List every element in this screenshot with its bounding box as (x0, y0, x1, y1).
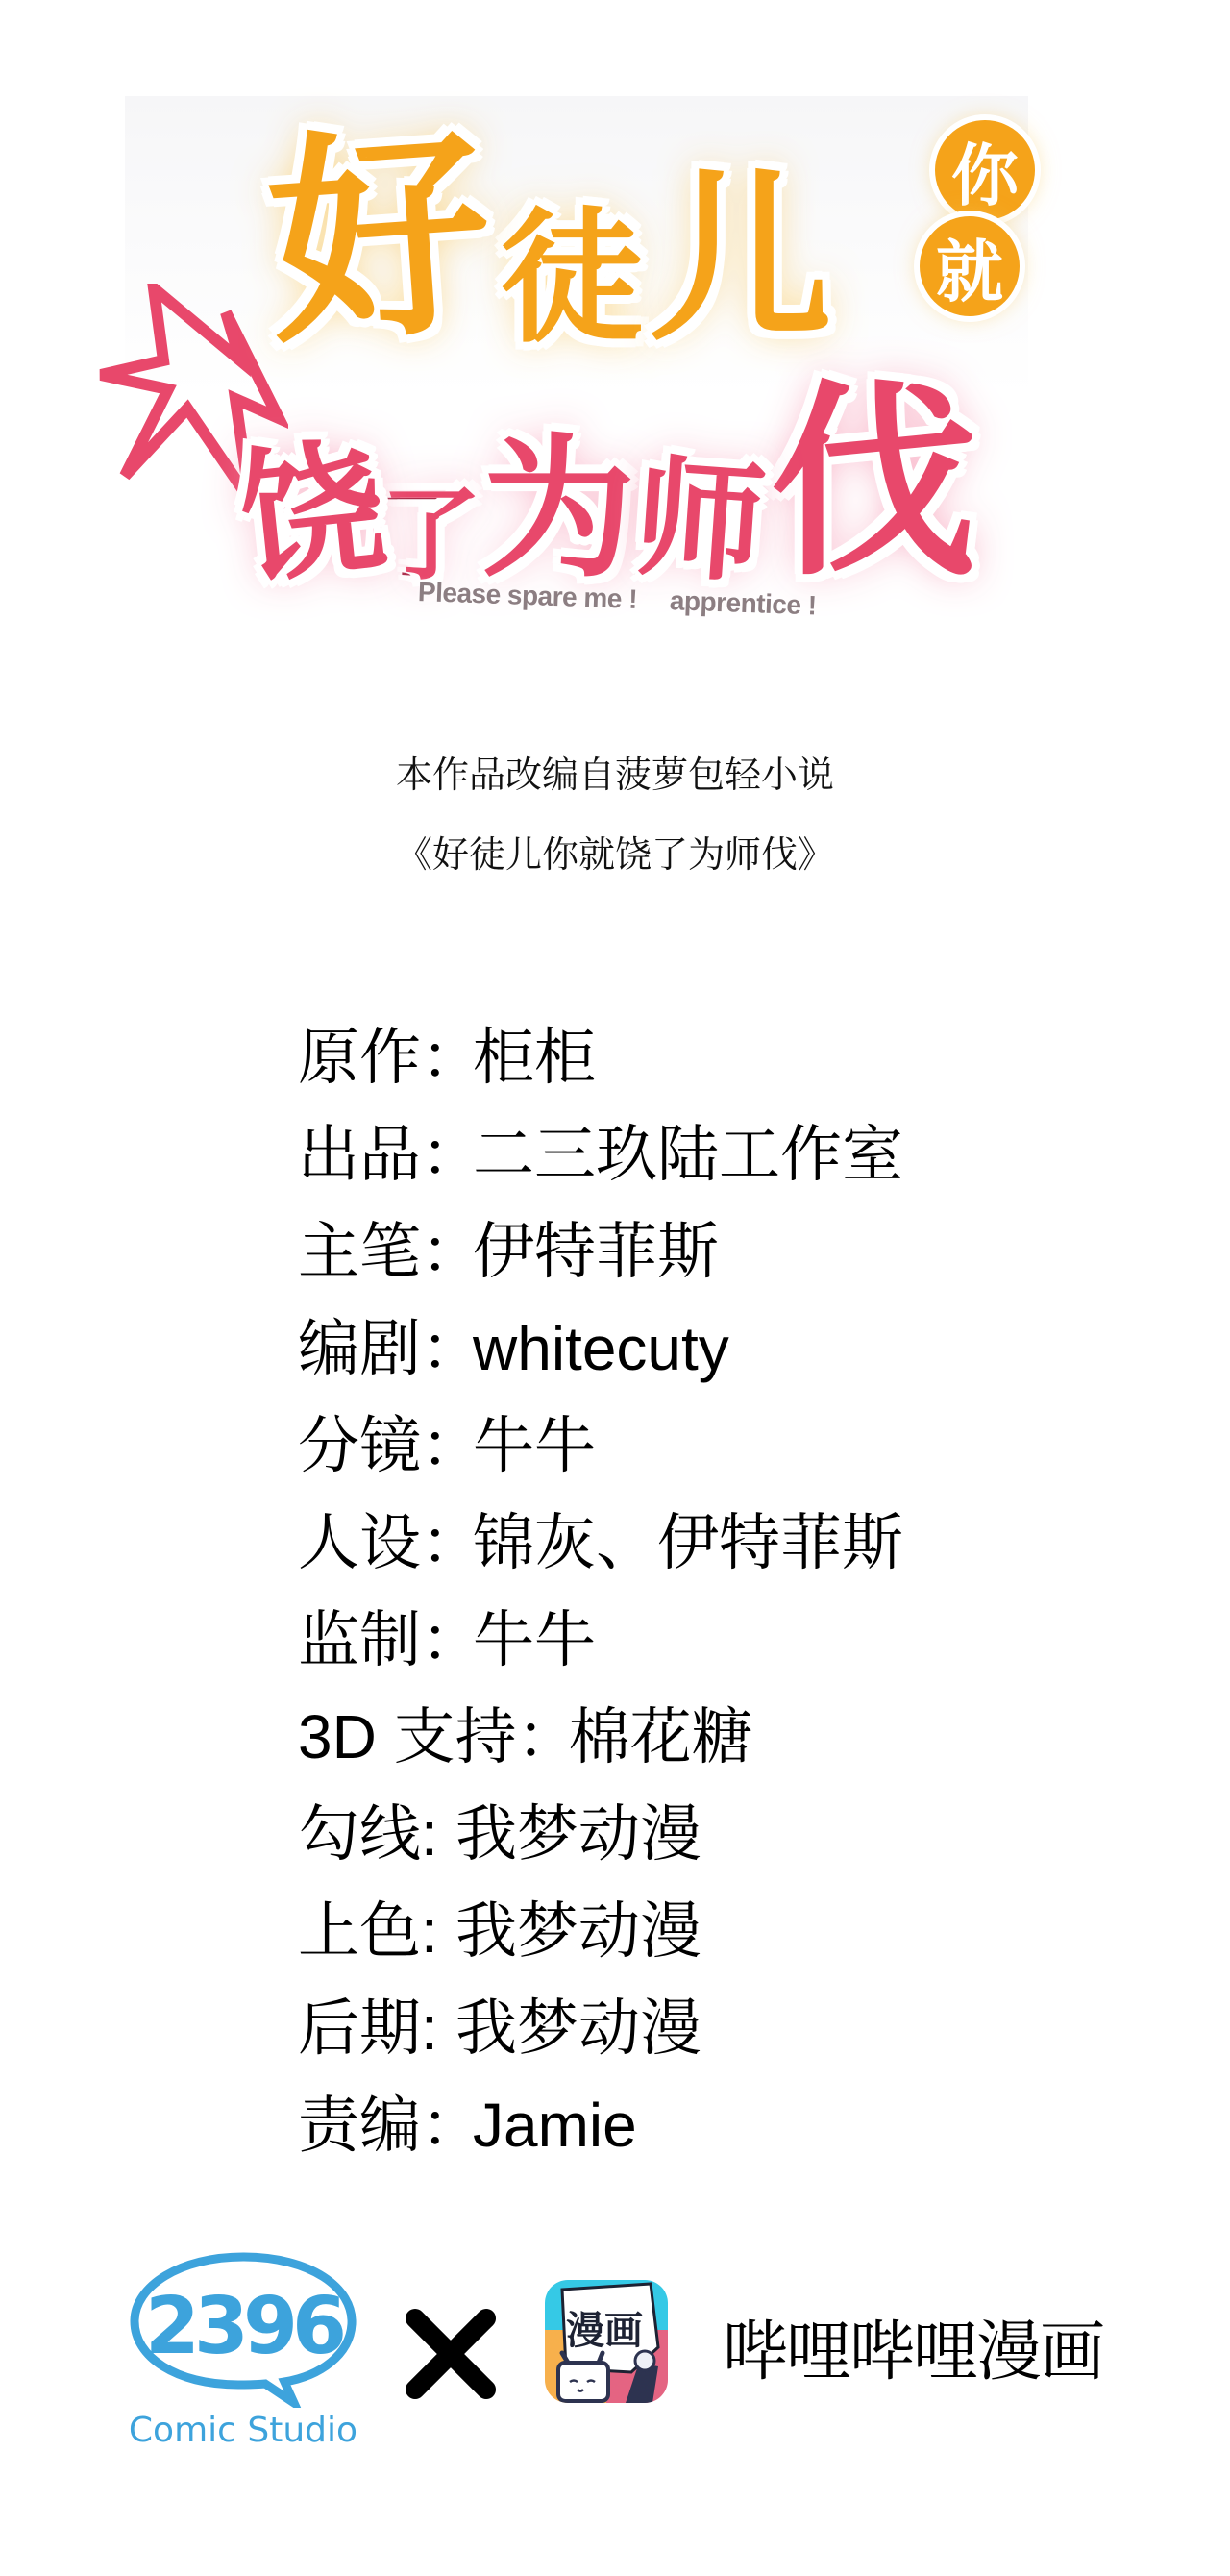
title-line-2: 饶 了 为 师 伐 (240, 380, 977, 586)
credit-role: 主笔 (298, 1211, 421, 1292)
credit-row: 上色:我梦动漫 (298, 1891, 903, 1988)
credit-value: Jamie (473, 2085, 637, 2166)
credit-value: 二三玖陆工作室 (473, 1114, 903, 1195)
credit-separator: ： (517, 1697, 552, 1777)
title-bubble: 就 (920, 216, 1020, 316)
credit-role: 3D 支持 (298, 1697, 517, 1777)
credit-row: 勾线:我梦动漫 (298, 1794, 903, 1891)
credit-separator: ： (421, 2085, 455, 2166)
credit-value: 锦灰、伊特菲斯 (473, 1502, 903, 1583)
credit-separator: ： (421, 1599, 455, 1680)
bilibili-comics-app-icon: 漫画 (545, 2280, 668, 2403)
adaptation-note: 本作品改编自菠萝包轻小说 (0, 745, 1230, 798)
credits-list: 原作：柜柜 出品：二三玖陆工作室 主笔：伊特菲斯 编剧：whitecuty 分镜… (298, 1017, 903, 2182)
credit-separator: ： (421, 1308, 455, 1389)
credit-separator: : (421, 1891, 455, 1971)
title-char: 好 (261, 122, 497, 358)
credit-separator: : (421, 1988, 455, 2068)
credit-separator: ： (421, 1405, 455, 1486)
title-char: 饶 (234, 435, 392, 594)
credit-row: 后期:我梦动漫 (298, 1988, 903, 2085)
credit-row: 原作：柜柜 (298, 1017, 903, 1114)
credit-value: 伊特菲斯 (473, 1211, 719, 1292)
credit-row: 人设：锦灰、伊特菲斯 (298, 1502, 903, 1599)
speech-bubble-icon: 2396 (123, 2249, 363, 2408)
title-char: 儿 (650, 168, 832, 351)
credit-value: 柜柜 (473, 1017, 596, 1098)
credit-row: 责编：Jamie (298, 2085, 903, 2182)
title-bubble: 你 (935, 120, 1035, 220)
credit-role: 后期 (298, 1988, 421, 2068)
tagline-part: Please spare me ! (417, 577, 637, 614)
title-char: 师 (631, 452, 770, 590)
credit-value: 我梦动漫 (455, 1794, 701, 1874)
credit-role: 勾线 (298, 1794, 421, 1874)
credit-role: 原作 (298, 1017, 421, 1098)
credit-row: 3D 支持：棉花糖 (298, 1697, 903, 1794)
credit-role: 分镜 (298, 1405, 421, 1486)
credit-role: 上色 (298, 1891, 421, 1971)
credit-row: 主笔：伊特菲斯 (298, 1211, 903, 1308)
credit-value: 我梦动漫 (455, 1988, 701, 2068)
credit-row: 分镜：牛牛 (298, 1405, 903, 1502)
title-char: 了 (381, 485, 481, 586)
credit-value: 我梦动漫 (455, 1891, 701, 1971)
credit-role: 人设 (298, 1502, 421, 1583)
credit-row: 编剧：whitecuty (298, 1308, 903, 1405)
tagline-part: apprentice ! (669, 585, 817, 620)
app-icon-text: 漫画 (566, 2309, 643, 2353)
credit-value: 牛牛 (473, 1599, 596, 1680)
comic-title-logo: 好 徒 儿 你 就 饶 了 为 师 伐 Please spare me !app… (96, 91, 1057, 649)
credit-role: 监制 (298, 1599, 421, 1680)
credit-role: 出品 (298, 1114, 421, 1195)
credit-row: 监制：牛牛 (298, 1599, 903, 1697)
novel-title: 《好徒儿你就饶了为师伐》 (0, 825, 1230, 878)
credit-value: 牛牛 (473, 1405, 596, 1486)
studio-number: 2396 (145, 2281, 343, 2372)
credit-separator: ： (421, 1114, 455, 1195)
credit-row: 出品：二三玖陆工作室 (298, 1114, 903, 1211)
credit-separator: ： (421, 1502, 455, 1583)
credit-role: 编剧 (298, 1308, 421, 1389)
title-char: 徒 (500, 207, 644, 351)
credit-value: 棉花糖 (569, 1697, 753, 1777)
credit-separator: : (421, 1794, 455, 1874)
title-line-1: 好 徒 儿 (269, 130, 832, 351)
studio-name: Comic Studio (123, 2411, 363, 2450)
title-char: 伐 (771, 380, 977, 586)
credit-value: whitecuty (473, 1308, 729, 1389)
credit-separator: ： (421, 1211, 455, 1292)
partner-name: 哔哩哔哩漫画 (723, 2315, 1103, 2391)
title-char: 为 (481, 433, 635, 586)
title-bubbles: 你 就 (918, 120, 1052, 351)
credit-separator: ： (421, 1017, 455, 1098)
credit-role: 责编 (298, 2085, 421, 2166)
collaboration-x-icon (404, 2309, 498, 2399)
studio-logo: 2396 Comic Studio (123, 2249, 363, 2456)
